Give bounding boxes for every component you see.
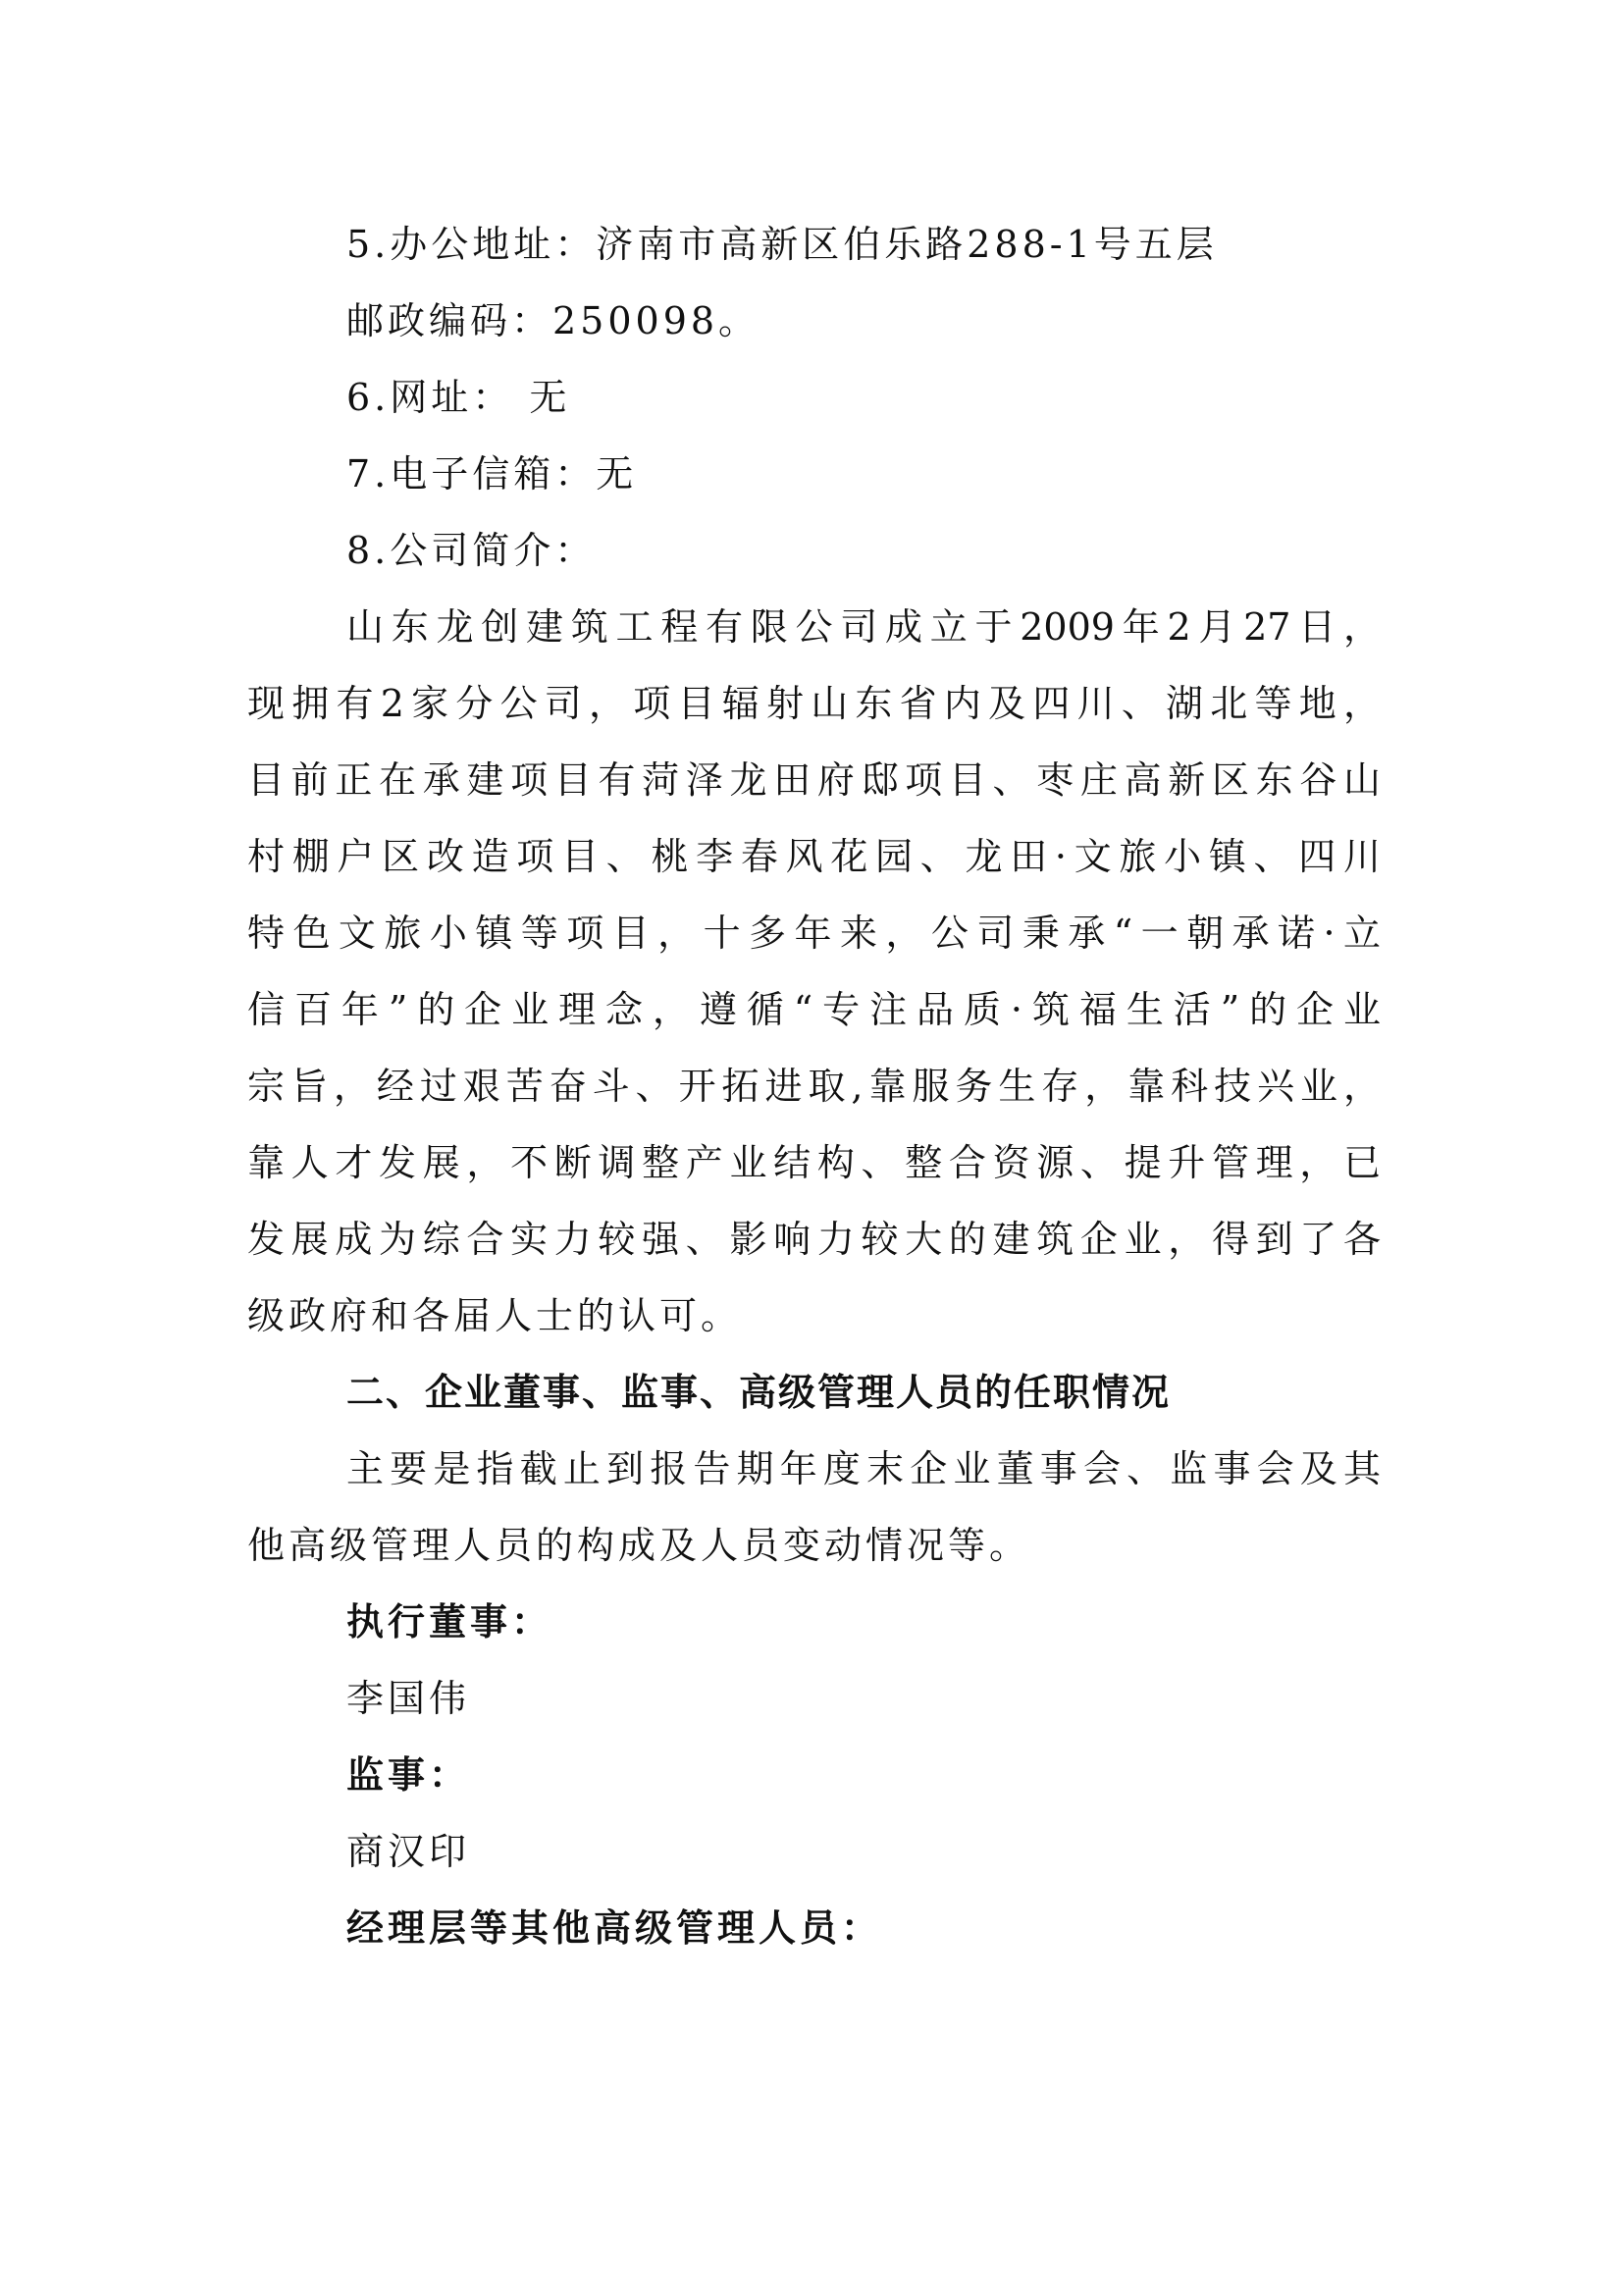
profile-line: 山东龙创建筑工程有限公司成立于2009年2月27日， — [346, 605, 1381, 649]
profile-line: 发展成为综合实力较强、影响力较大的建筑企业，得到了各 — [247, 1218, 1381, 1261]
section-intro-line: 他高级管理人员的构成及人员变动情况等。 — [247, 1524, 1030, 1567]
profile-line: 目前正在承建项目有菏泽龙田府邸项目、枣庄高新区东谷山 — [247, 758, 1381, 802]
section-intro-line: 主要是指截止到报告期年度末企业董事会、监事会及其 — [346, 1447, 1381, 1490]
profile-line: 级政府和各届人士的认可。 — [247, 1294, 742, 1337]
executive-director-name: 李国伟 — [346, 1677, 470, 1720]
executive-director-label: 执行董事： — [346, 1600, 552, 1643]
website: 6.网址： 无 — [346, 376, 570, 419]
office-address: 5.办公地址：济南市高新区伯乐路288-1号五层 — [346, 223, 1218, 266]
section-heading: 二、企业董事、监事、高级管理人员的任职情况 — [346, 1371, 1171, 1414]
profile-line: 特色文旅小镇等项目，十多年来，公司秉承“一朝承诺·立 — [247, 912, 1381, 955]
supervisor-name: 商汉印 — [346, 1830, 470, 1873]
profile-line: 村棚户区改造项目、桃李春风花园、龙田·文旅小镇、四川 — [247, 835, 1381, 878]
profile-line: 靠人才发展，不断调整产业结构、整合资源、提升管理，已 — [247, 1141, 1381, 1184]
management-label: 经理层等其他高级管理人员： — [346, 1906, 882, 1950]
profile-line: 信百年”的企业理念，遵循“专注品质·筑福生活”的企业 — [247, 988, 1381, 1031]
profile-line: 现拥有2家分公司，项目辐射山东省内及四川、湖北等地， — [247, 682, 1381, 725]
document-page: 5.办公地址：济南市高新区伯乐路288-1号五层 邮政编码：250098。 6.… — [0, 0, 1624, 2295]
postal-code: 邮政编码：250098。 — [346, 299, 760, 342]
profile-line: 宗旨，经过艰苦奋斗、开拓进取,靠服务生存，靠科技兴业， — [247, 1065, 1381, 1108]
supervisor-label: 监事： — [346, 1753, 470, 1797]
email: 7.电子信箱：无 — [346, 452, 637, 496]
company-profile-heading: 8.公司简介： — [346, 529, 596, 572]
